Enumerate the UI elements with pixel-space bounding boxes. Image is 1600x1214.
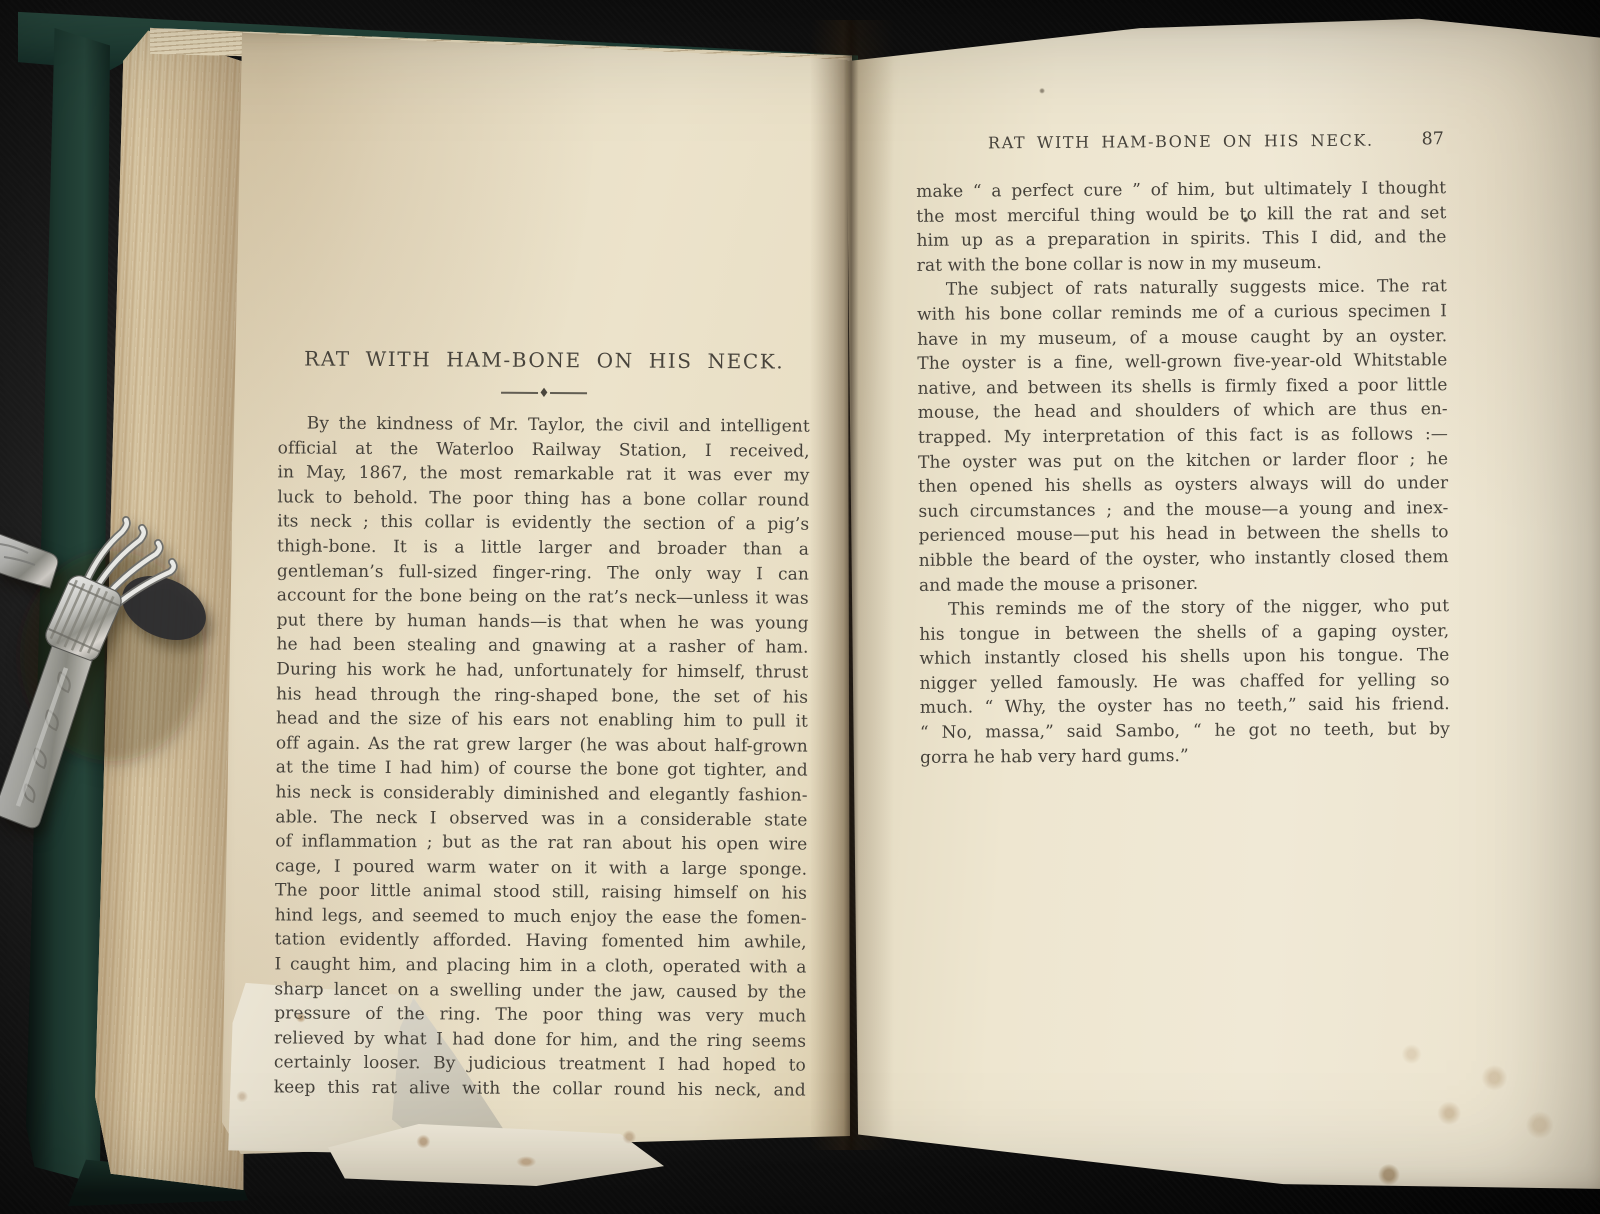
text-line: The oyster is a fine, well-grown five-ye… bbox=[917, 348, 1447, 376]
text-line: he had been stealing and gnawing at a ra… bbox=[276, 633, 808, 661]
text-line: head and the size of his ears not enabli… bbox=[276, 707, 808, 735]
text-line: of inflammation ; but as the rat ran abo… bbox=[275, 829, 807, 857]
text-line: sharp lancet on a swelling under the jaw… bbox=[274, 977, 806, 1005]
text-line: put there by human hands—is that when he… bbox=[277, 608, 809, 636]
diamond-ornament-icon: ◆ bbox=[538, 387, 551, 399]
text-line: trapped. My interpretation of this fact … bbox=[918, 422, 1448, 450]
text-line: mouse, the head and shoulders of which a… bbox=[918, 397, 1448, 425]
text-line: his neck is considerably diminished and … bbox=[276, 780, 808, 808]
book-photo-scene: RAT WITH HAM-BONE ON HIS NECK. ◆ By the … bbox=[0, 0, 1600, 1214]
left-page-body: By the kindness of Mr. Taylor, the civil… bbox=[274, 411, 810, 1103]
text-line: in May, 1867, the most remarkable rat it… bbox=[277, 461, 809, 489]
text-line: him up as a preparation in spirits. This… bbox=[916, 225, 1446, 253]
text-line: thigh-bone. It is a little larger and br… bbox=[277, 534, 809, 562]
text-line: with his bone collar reminds me of a cur… bbox=[917, 299, 1447, 327]
text-line: at the time I had him) of course the bon… bbox=[276, 756, 808, 784]
running-header-title: RAT WITH HAM-BONE ON HIS NECK. bbox=[988, 131, 1374, 153]
text-line: relieved by what I had done for him, and… bbox=[274, 1026, 806, 1054]
text-line: The oyster was put on the kitchen or lar… bbox=[918, 447, 1448, 475]
text-line: This reminds me of the story of the nigg… bbox=[919, 594, 1449, 622]
text-line: cage, I poured warm water on it with a l… bbox=[275, 854, 807, 882]
right-page-text-column: RAT WITH HAM-BONE ON HIS NECK. 87 make “… bbox=[916, 130, 1450, 770]
text-line: the most merciful thing would be to kill… bbox=[916, 201, 1446, 229]
text-line: During his work he had, unfortunately fo… bbox=[276, 657, 808, 685]
text-line: luck to behold. The poor thing has a bon… bbox=[277, 485, 809, 513]
silver-fork bbox=[0, 496, 230, 838]
text-line: certainly looser. By judicious treatment… bbox=[274, 1051, 806, 1079]
text-line: “ No, massa,” said Sambo, “ he got no te… bbox=[920, 717, 1450, 745]
text-line: much. “ Why, the oyster has no teeth,” s… bbox=[920, 693, 1450, 721]
left-page-text-column: RAT WITH HAM-BONE ON HIS NECK. ◆ By the … bbox=[274, 346, 811, 1103]
text-line: able. The neck I observed was in a consi… bbox=[275, 805, 807, 833]
text-line: perienced mouse—put his head in between … bbox=[919, 520, 1449, 548]
text-line: official at the Waterloo Railway Station… bbox=[278, 436, 810, 464]
text-line: nibble the beard of the oyster, who inst… bbox=[919, 545, 1449, 573]
text-line: make “ a perfect cure ” of him, but ulti… bbox=[916, 176, 1446, 204]
text-line: have in my museum, of a mouse caught by … bbox=[917, 324, 1447, 352]
text-line: hind legs, and seemed to much enjoy the … bbox=[275, 903, 807, 931]
text-line: account for the bone being on the rat’s … bbox=[277, 584, 809, 612]
text-line: gentleman’s full-sized finger-ring. The … bbox=[277, 559, 809, 587]
text-line: rat with the bone collar is now in my mu… bbox=[917, 250, 1447, 278]
section-divider-ornament: ◆ bbox=[278, 386, 810, 399]
text-line: The poor little animal stood still, rais… bbox=[275, 879, 807, 907]
gutter-shadow bbox=[810, 20, 894, 1150]
text-line: and made the mouse a prisoner. bbox=[919, 570, 1449, 598]
divider-rule-left bbox=[501, 392, 538, 394]
text-line: off again. As the rat grew larger (he wa… bbox=[276, 731, 808, 759]
text-line: his tongue in between the shells of a ga… bbox=[919, 619, 1449, 647]
page-number: 87 bbox=[1421, 129, 1443, 149]
text-line: nigger yelled famously. He was chaffed f… bbox=[920, 668, 1450, 696]
text-line: native, and between its shells is firmly… bbox=[917, 373, 1447, 401]
text-line: I caught him, and placing him in a cloth… bbox=[274, 952, 806, 980]
text-line: The subject of rats naturally suggests m… bbox=[917, 275, 1447, 303]
running-header: RAT WITH HAM-BONE ON HIS NECK. 87 bbox=[916, 130, 1446, 153]
text-line: his head through the ring-shaped bone, t… bbox=[276, 682, 808, 710]
chapter-heading: RAT WITH HAM-BONE ON HIS NECK. bbox=[278, 346, 810, 373]
divider-rule-right bbox=[550, 392, 587, 394]
text-line: which instantly closed his shells upon h… bbox=[919, 643, 1449, 671]
text-line: By the kindness of Mr. Taylor, the civil… bbox=[278, 411, 810, 439]
text-line: pressure of the ring. The poor thing was… bbox=[274, 1002, 806, 1030]
text-line: tation evidently afforded. Having foment… bbox=[275, 928, 807, 956]
fork-upper-handle bbox=[0, 532, 58, 588]
text-line: keep this rat alive with the collar roun… bbox=[274, 1075, 806, 1103]
right-page-body: make “ a perfect cure ” of him, but ulti… bbox=[916, 176, 1450, 770]
text-line: such circumstances ; and the mouse—a you… bbox=[918, 496, 1448, 524]
text-line: its neck ; this collar is evidently the … bbox=[277, 510, 809, 538]
text-line: then opened his shells as oysters always… bbox=[918, 471, 1448, 499]
text-line: gorra he hab very hard gums.” bbox=[920, 742, 1450, 770]
